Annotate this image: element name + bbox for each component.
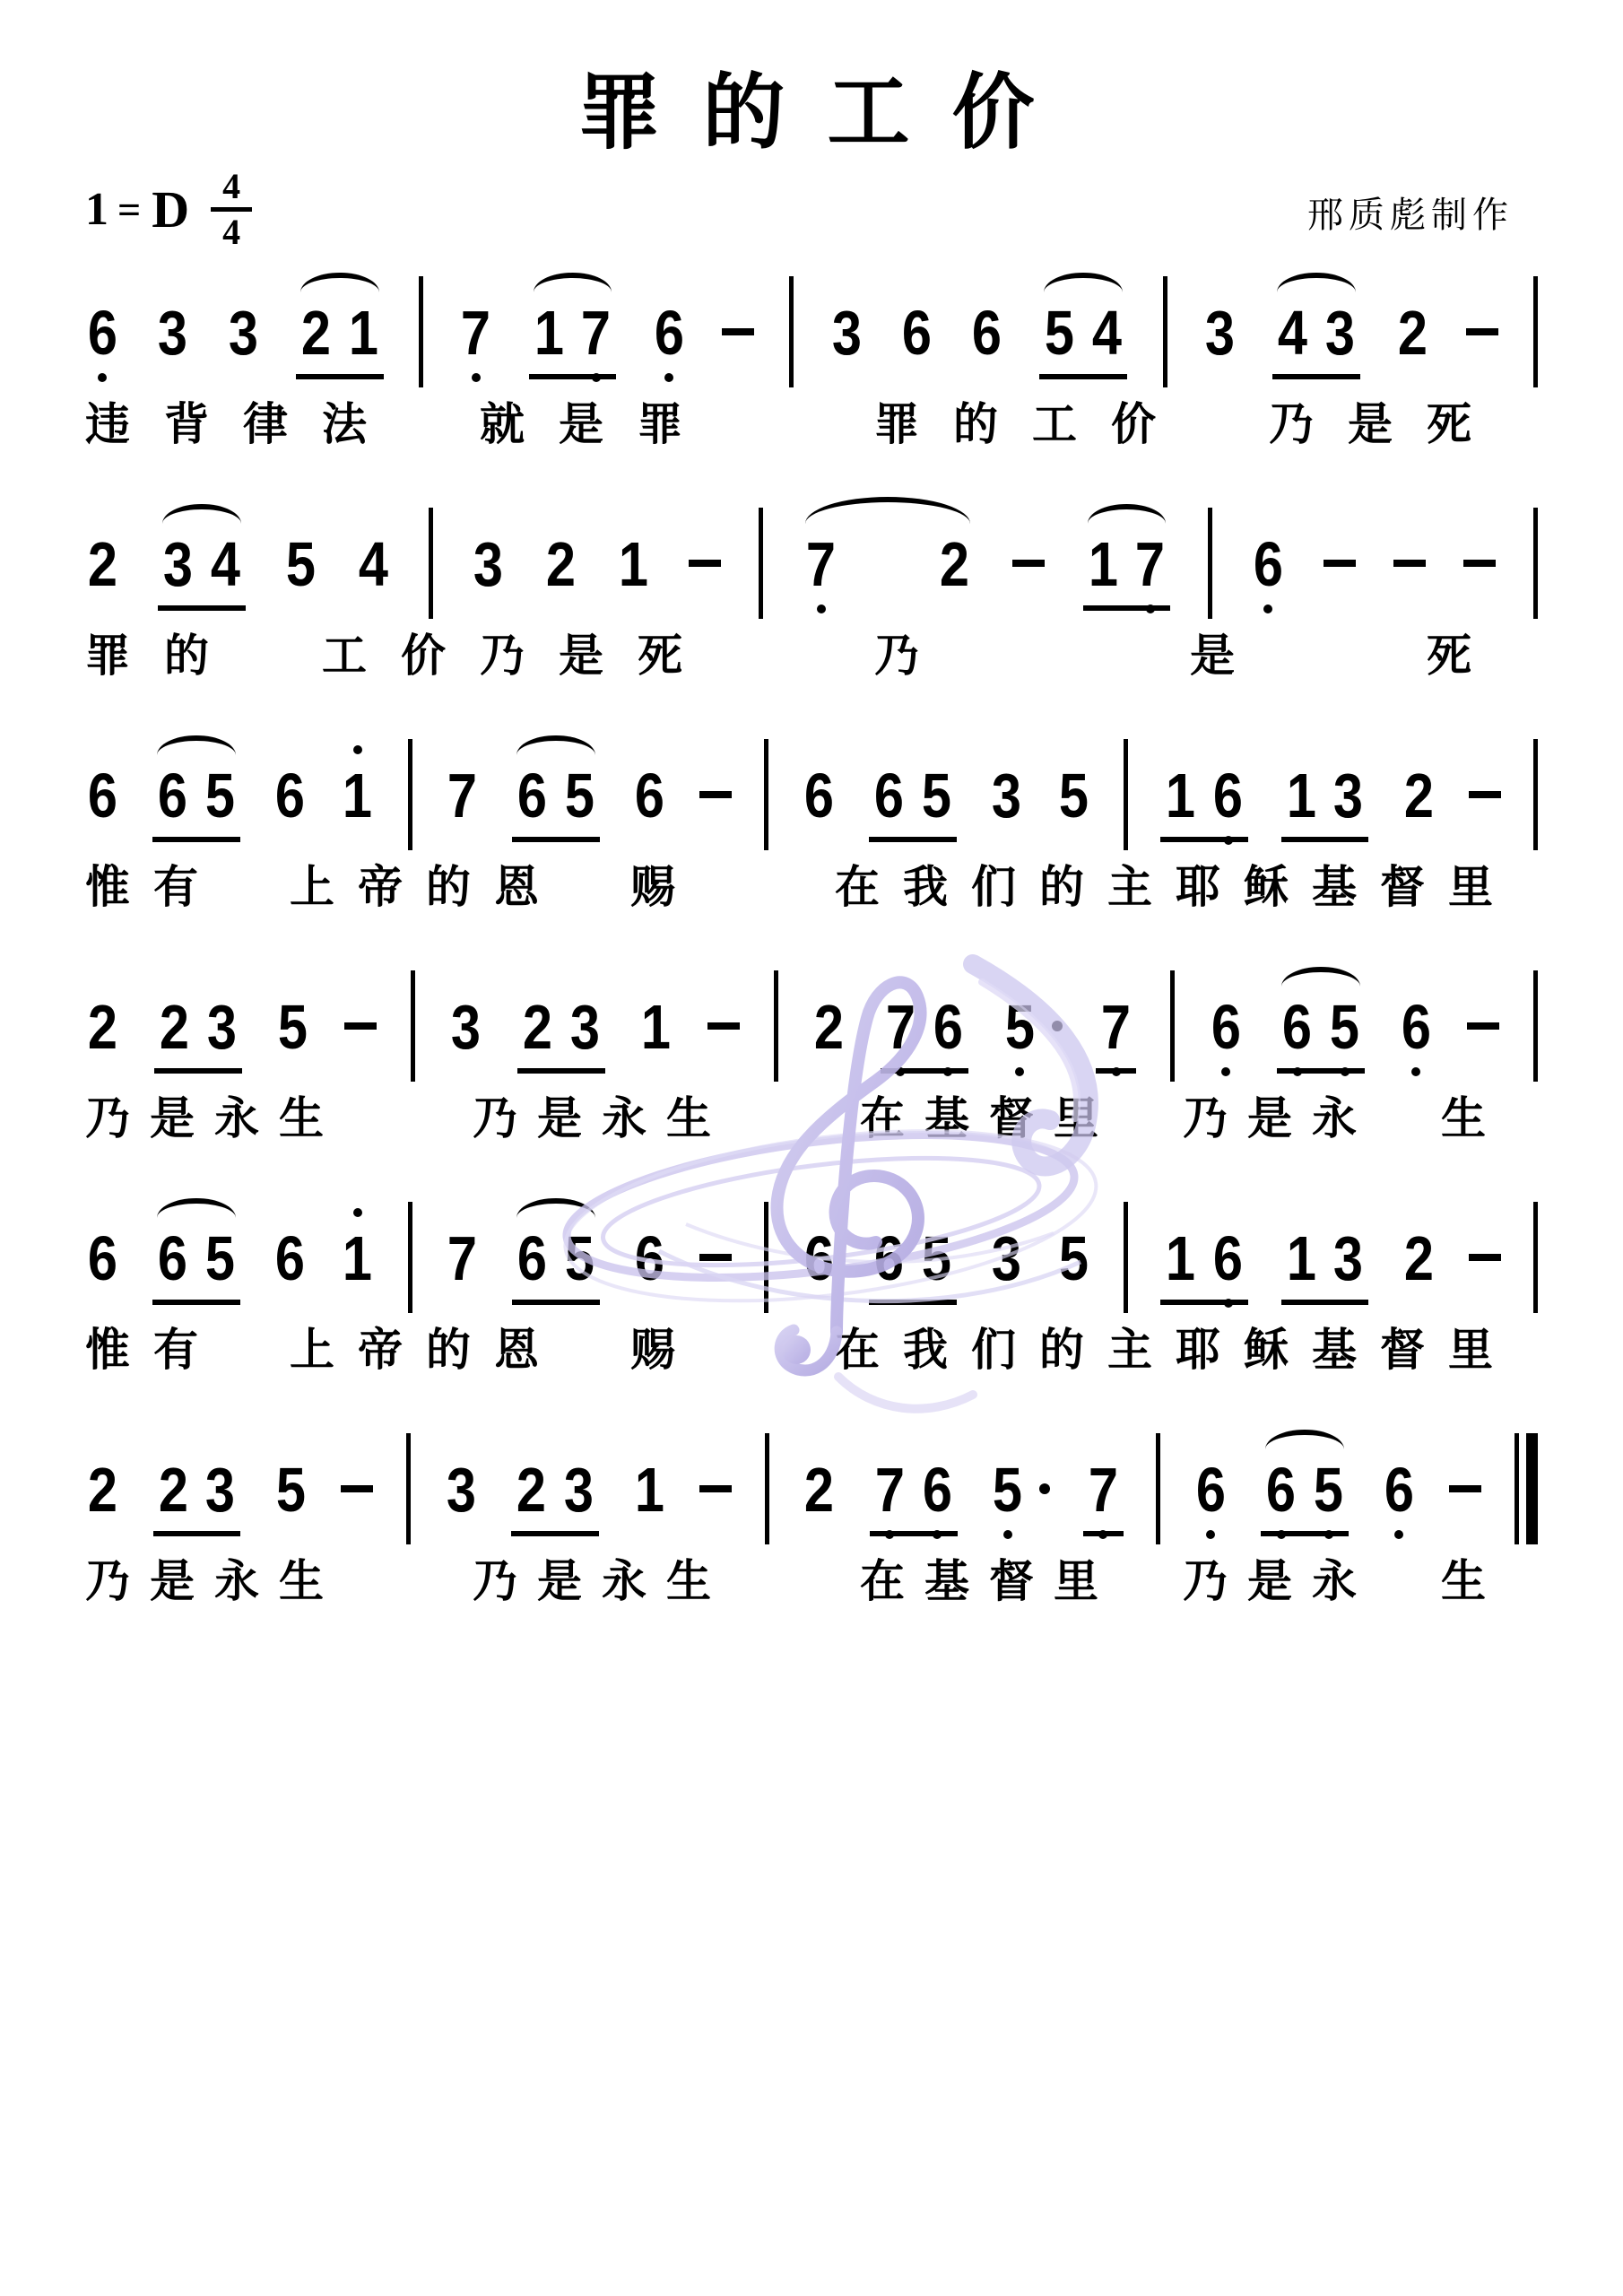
- note-digit: 6: [804, 1225, 834, 1291]
- sheet-music-page: 罪 的 工 价 1 = D 4 4 邢质彪制作 6332171763665434…: [0, 0, 1623, 2296]
- octave-dot-below-slot: [1277, 1523, 1286, 1553]
- octave-dot-below-slot: [1411, 1060, 1420, 1091]
- note-digit: 5: [276, 1457, 306, 1523]
- note: 2: [85, 1433, 120, 1553]
- barline: [764, 1202, 768, 1313]
- note: 6: [969, 276, 1004, 396]
- note: 5: [275, 970, 310, 1091]
- note: 7: [445, 739, 480, 859]
- beam-line: [153, 1531, 241, 1536]
- final-barline-thin: [1515, 1433, 1519, 1544]
- octave-dot: [1015, 1067, 1024, 1076]
- note: 2: [811, 970, 846, 1091]
- beam-line: [881, 1068, 968, 1074]
- barline: [408, 739, 412, 850]
- note: 2: [543, 508, 578, 628]
- note-digit: 5: [565, 762, 595, 829]
- barline: [1124, 1202, 1128, 1313]
- barline: [1533, 1202, 1538, 1313]
- note-group: 65: [1261, 1433, 1349, 1553]
- note-digit: 6: [517, 762, 547, 829]
- note-digit: 3: [1333, 1225, 1363, 1291]
- note-digit: 7: [581, 300, 611, 366]
- augmentation-dot: [1052, 1021, 1063, 1031]
- note-digit: 6: [158, 762, 187, 829]
- note-digit: 5: [1330, 994, 1359, 1060]
- barline: [429, 508, 433, 619]
- dash-bar: [1463, 560, 1496, 567]
- octave-dot-below-slot: [1015, 1060, 1024, 1091]
- octave-dot-below-slot: [1146, 597, 1155, 628]
- credit-text: 邢质彪制作: [1307, 187, 1514, 238]
- note-digit: 3: [992, 1225, 1021, 1291]
- note-digit: 7: [1089, 1457, 1118, 1523]
- barline: [411, 970, 415, 1082]
- note: 6: [1193, 1433, 1228, 1553]
- dash-bar: [1393, 560, 1426, 567]
- dash-note: [689, 508, 721, 619]
- dash-note: [1012, 508, 1045, 619]
- note-digit: 1: [1166, 762, 1195, 829]
- dash-bar: [722, 328, 754, 335]
- octave-dot: [1221, 1067, 1230, 1076]
- note-digit: 6: [88, 300, 117, 366]
- note-digit: 6: [1213, 762, 1243, 829]
- note-digit: 5: [1059, 762, 1089, 829]
- note-digit: 5: [205, 762, 235, 829]
- beam-line: [870, 1531, 958, 1536]
- octave-dot-below-slot: [1098, 1523, 1107, 1553]
- octave-dot-below-slot: [592, 366, 601, 396]
- beam-line: [154, 1068, 242, 1074]
- note-digit: 6: [1402, 994, 1431, 1060]
- octave-dot: [664, 373, 673, 382]
- beam-line: [1039, 374, 1127, 379]
- note-digit: 3: [163, 531, 193, 597]
- note: 6: [632, 1202, 667, 1322]
- note-digit: 1: [1286, 1225, 1315, 1291]
- augmentation-dot-wrap: [1052, 970, 1063, 1082]
- octave-dot-below-slot: [98, 366, 107, 396]
- note: 1: [340, 739, 375, 859]
- dash-note: [699, 1433, 732, 1544]
- note: 2: [1402, 1202, 1436, 1322]
- note: 5: [273, 1433, 308, 1553]
- key-note: D: [152, 179, 189, 239]
- octave-dot-below-slot: [1263, 597, 1272, 628]
- note-group: 23: [517, 970, 605, 1091]
- note-digit: 5: [922, 1225, 951, 1291]
- octave-dot-below-slot: [1394, 1523, 1403, 1553]
- note-digit: 6: [1211, 994, 1240, 1060]
- octave-dot-below-slot: [817, 597, 826, 628]
- note-digit: 3: [1205, 300, 1235, 366]
- note-digit: 5: [1045, 300, 1074, 366]
- note-digit: 3: [992, 762, 1021, 829]
- beam-line: [1160, 1300, 1248, 1305]
- note-digit: 6: [1384, 1457, 1414, 1523]
- dash-bar: [689, 560, 721, 567]
- note: 3: [226, 276, 261, 396]
- barline: [1163, 276, 1167, 387]
- note-digit: 7: [1135, 531, 1165, 597]
- lyric-line: 惟有 上帝的恩 赐 在我们的主耶稣基督里: [85, 861, 1538, 913]
- time-signature-denominator: 4: [222, 214, 240, 250]
- octave-dot: [1394, 1530, 1403, 1539]
- beam-line: [296, 374, 384, 379]
- dash-bar: [1012, 560, 1045, 567]
- note-digit: 2: [158, 1457, 187, 1523]
- note-digit: 3: [206, 994, 236, 1060]
- octave-dot: [353, 745, 362, 754]
- dotted-note: 5: [1002, 970, 1063, 1091]
- note: 6: [1209, 970, 1244, 1091]
- note-digit: 6: [275, 1225, 305, 1291]
- note-digit: 2: [804, 1457, 834, 1523]
- note-digit: 1: [635, 1457, 664, 1523]
- music-system-6: 22353231276576656乃是永生 乃是永生 在基督里 乃是永 生: [85, 1433, 1538, 1607]
- dash-bar: [1469, 791, 1501, 798]
- lyric-line: 罪的 工价乃是死 乃 是 死: [85, 630, 1538, 682]
- barline: [1156, 1433, 1160, 1544]
- note-group: 16: [1160, 739, 1248, 859]
- note-digit: 3: [564, 1457, 594, 1523]
- notes-row: 22353231276576656: [85, 970, 1538, 1082]
- beam-line: [1261, 1531, 1349, 1536]
- octave-dot-below-slot: [933, 1523, 942, 1553]
- note-digit: 2: [523, 994, 552, 1060]
- note-digit: 3: [1333, 762, 1363, 829]
- notes-row: 6656176566653516132: [85, 1202, 1538, 1313]
- note-group: 65: [512, 739, 600, 859]
- note: 5: [1056, 739, 1091, 859]
- note: 7: [458, 276, 493, 396]
- note-digit: 6: [902, 300, 932, 366]
- barline: [408, 1202, 412, 1313]
- dash-bar: [699, 1485, 732, 1492]
- note: 7: [803, 508, 838, 628]
- slur-arc: [805, 497, 970, 524]
- note-group: 17: [1083, 508, 1171, 628]
- note-group: 23: [154, 970, 242, 1091]
- note-digit: 4: [359, 531, 388, 597]
- note: 2: [1395, 276, 1430, 396]
- note-digit: 3: [451, 994, 481, 1060]
- octave-dot: [817, 604, 826, 613]
- beam-line: [158, 605, 246, 611]
- barline: [406, 1433, 411, 1544]
- octave-dot: [472, 373, 481, 382]
- barline: [1533, 276, 1538, 387]
- note-digit: 1: [1088, 531, 1117, 597]
- notes-row: 633217176366543432: [85, 276, 1538, 387]
- note: 6: [652, 276, 687, 396]
- note-digit: 6: [1282, 994, 1312, 1060]
- beam-line: [1083, 1531, 1124, 1536]
- octave-dot: [1263, 604, 1272, 613]
- note: 6: [1399, 970, 1434, 1091]
- note-group: 76: [870, 1433, 958, 1553]
- note-digit: 2: [88, 531, 117, 597]
- note-digit: 2: [1398, 300, 1428, 366]
- note-group: 13: [1281, 739, 1369, 859]
- octave-dot-below-slot: [1224, 1291, 1233, 1322]
- note: 6: [85, 276, 120, 396]
- time-signature: 4 4: [211, 169, 252, 250]
- note-digit: 5: [205, 1225, 235, 1291]
- note-digit: 5: [278, 994, 308, 1060]
- time-signature-numerator: 4: [222, 169, 240, 204]
- key-signature: 1 = D 4 4: [85, 169, 252, 250]
- note: 3: [829, 276, 864, 396]
- note-digit: 3: [473, 531, 503, 597]
- note: 1: [632, 1433, 667, 1553]
- augmentation-dot-wrap: [1039, 1433, 1050, 1544]
- note-digit: 6: [1253, 531, 1282, 597]
- music-systems: 633217176366543432违背律法 就是罪 罪的工价 乃是死23454…: [85, 276, 1538, 1665]
- octave-dot-below-slot: [885, 1523, 894, 1553]
- note-digit: 6: [1213, 1225, 1243, 1291]
- note-digit: 1: [1286, 762, 1315, 829]
- final-barline: [1515, 1433, 1538, 1544]
- note-digit: 6: [923, 1457, 952, 1523]
- dash-note: [1324, 508, 1356, 619]
- dash-note: [1466, 276, 1498, 387]
- note-group: 65: [1277, 970, 1365, 1091]
- note: 6: [273, 1202, 308, 1322]
- note: 6: [899, 276, 934, 396]
- dash-bar: [1449, 1485, 1481, 1492]
- note-digit: 6: [1266, 1457, 1296, 1523]
- note-digit: 3: [447, 1457, 476, 1523]
- note-digit: 3: [570, 994, 600, 1060]
- note: 6: [1251, 508, 1286, 628]
- note-digit: 6: [933, 994, 963, 1060]
- beam-line: [529, 374, 617, 379]
- note: 6: [273, 739, 308, 859]
- octave-dot-below-slot: [896, 1060, 905, 1091]
- note-digit: 1: [343, 1225, 372, 1291]
- beam-line: [511, 1531, 599, 1536]
- octave-dot-below-slot: [1221, 1060, 1230, 1091]
- beam-line: [869, 837, 957, 842]
- note-digit: 5: [1314, 1457, 1343, 1523]
- barline: [419, 276, 423, 387]
- note-group: 7: [1083, 1433, 1124, 1553]
- dash-note: [344, 970, 377, 1082]
- note: 5: [990, 1433, 1025, 1553]
- note-digit: 1: [349, 300, 378, 366]
- note-group: 65: [152, 739, 240, 859]
- lyric-line: 乃是永生 乃是永生 在基督里 乃是永 生: [85, 1555, 1538, 1607]
- note-group: 21: [296, 276, 384, 396]
- beam-line: [1160, 837, 1248, 842]
- dash-note: [707, 970, 740, 1082]
- note-digit: 6: [874, 762, 904, 829]
- note: 6: [632, 739, 667, 859]
- note-digit: 7: [447, 1225, 477, 1291]
- note: 6: [802, 739, 837, 859]
- beam-line: [1281, 1300, 1369, 1305]
- note-group: 65: [869, 1202, 957, 1322]
- note-group: 34: [158, 508, 246, 628]
- beam-line: [152, 1300, 240, 1305]
- note: 6: [85, 739, 120, 859]
- dash-bar: [699, 791, 732, 798]
- octave-dot: [98, 373, 107, 382]
- note-group: 54: [1039, 276, 1127, 396]
- note: 4: [356, 508, 391, 628]
- note-group: 43: [1272, 276, 1360, 396]
- barline: [1533, 508, 1538, 619]
- dash-note: [1463, 508, 1496, 619]
- barline: [765, 1433, 769, 1544]
- note-digit: 2: [88, 994, 117, 1060]
- dash-note: [1469, 739, 1501, 850]
- octave-dot-below-slot: [1324, 1523, 1333, 1553]
- note-digit: 6: [88, 1225, 117, 1291]
- note-digit: 2: [940, 531, 969, 597]
- note-digit: 7: [886, 994, 916, 1060]
- note-digit: 1: [343, 762, 372, 829]
- note: 3: [989, 1202, 1024, 1322]
- note: 2: [85, 508, 120, 628]
- beam-line: [869, 1300, 957, 1305]
- note-digit: 4: [1092, 300, 1122, 366]
- beam-line: [1083, 605, 1171, 611]
- dash-bar: [699, 1254, 732, 1261]
- note-digit: 6: [517, 1225, 547, 1291]
- note-digit: 3: [158, 300, 187, 366]
- octave-dot-above-slot: [353, 739, 362, 762]
- barline: [789, 276, 794, 387]
- lyric-line: 惟有 上帝的恩 赐 在我们的主耶稣基督里: [85, 1324, 1538, 1376]
- note: 3: [444, 1433, 479, 1553]
- note-digit: 7: [461, 300, 490, 366]
- note-group: 65: [152, 1202, 240, 1322]
- beam-line: [517, 1068, 605, 1074]
- dash-bar: [1469, 1254, 1501, 1261]
- note-digit: 2: [1404, 762, 1434, 829]
- barline: [774, 970, 778, 1082]
- key-prefix: 1: [85, 183, 108, 236]
- note-digit: 6: [1196, 1457, 1226, 1523]
- lyric-line: 乃是永生 乃是永生 在基督里 乃是永 生: [85, 1092, 1538, 1144]
- note-digit: 5: [922, 762, 951, 829]
- note-group: 16: [1160, 1202, 1248, 1322]
- song-title: 罪 的 工 价: [0, 47, 1623, 165]
- note: 3: [155, 276, 190, 396]
- notes-row: 2345432172176: [85, 508, 1538, 619]
- octave-dot-below-slot: [1206, 1523, 1215, 1553]
- octave-dot-below-slot: [1341, 1060, 1350, 1091]
- music-system-4: 22353231276576656乃是永生 乃是永生 在基督里 乃是永 生: [85, 970, 1538, 1144]
- note: 2: [802, 1433, 837, 1553]
- beam-line: [1096, 1068, 1136, 1074]
- dash-note: [1393, 508, 1426, 619]
- note-group: 72: [801, 508, 975, 628]
- barline: [759, 508, 763, 619]
- music-system-1: 633217176366543432违背律法 就是罪 罪的工价 乃是死: [85, 276, 1538, 450]
- dash-note: [1449, 1433, 1481, 1544]
- note-digit: 3: [228, 300, 257, 366]
- beam-line: [1277, 1068, 1365, 1074]
- note-digit: 1: [641, 994, 671, 1060]
- note: 2: [1402, 739, 1436, 859]
- note: 6: [85, 1202, 120, 1322]
- note: 6: [1382, 1433, 1417, 1553]
- barline: [1533, 739, 1538, 850]
- note-digit: 5: [565, 1225, 595, 1291]
- note-group: 7: [1096, 970, 1136, 1091]
- dotted-note: 5: [990, 1433, 1050, 1553]
- beam-line: [1272, 374, 1360, 379]
- note-digit: 3: [1325, 300, 1355, 366]
- dash-bar: [1467, 1022, 1499, 1030]
- equals-sign: =: [117, 186, 141, 233]
- dash-note: [1469, 1202, 1501, 1313]
- note-digit: 7: [1101, 994, 1131, 1060]
- note-group: 13: [1281, 1202, 1369, 1322]
- octave-dot-below-slot: [943, 1060, 952, 1091]
- note: 1: [616, 508, 651, 628]
- lyric-line: 违背律法 就是罪 罪的工价 乃是死: [85, 398, 1538, 450]
- dash-bar: [344, 1022, 377, 1030]
- final-barline-thick: [1526, 1433, 1538, 1544]
- note: 2: [937, 508, 972, 628]
- barline: [764, 739, 768, 850]
- barline: [1170, 970, 1175, 1082]
- octave-dot-below-slot: [664, 366, 673, 396]
- note-digit: 7: [806, 531, 836, 597]
- note-digit: 3: [205, 1457, 235, 1523]
- dash-note: [1467, 970, 1499, 1082]
- note-group: 17: [529, 276, 617, 396]
- music-system-5: 6656176566653516132惟有 上帝的恩 赐 在我们的主耶稣基督里: [85, 1202, 1538, 1376]
- barline: [1124, 739, 1128, 850]
- note-digit: 6: [88, 762, 117, 829]
- octave-dot: [1003, 1530, 1012, 1539]
- octave-dot-below-slot: [1112, 1060, 1121, 1091]
- note-digit: 4: [211, 531, 240, 597]
- music-system-3: 6656176566653516132惟有 上帝的恩 赐 在我们的主耶稣基督里: [85, 739, 1538, 913]
- notes-row: 6656176566653516132: [85, 739, 1538, 850]
- dash-note: [341, 1433, 373, 1544]
- note-digit: 6: [655, 300, 684, 366]
- note-digit: 2: [160, 994, 189, 1060]
- augmentation-dot: [1039, 1483, 1050, 1494]
- octave-dot-below-slot: [1224, 829, 1233, 859]
- dash-note: [699, 739, 732, 850]
- beam-line: [512, 1300, 600, 1305]
- note-digit: 6: [635, 762, 664, 829]
- dash-bar: [1324, 560, 1356, 567]
- dash-note: [722, 276, 754, 387]
- note: 3: [471, 508, 506, 628]
- note-digit: 6: [972, 300, 1002, 366]
- notes-row: 22353231276576656: [85, 1433, 1538, 1544]
- note-digit: 5: [1004, 994, 1034, 1060]
- note-digit: 1: [1166, 1225, 1195, 1291]
- octave-dot: [1411, 1067, 1420, 1076]
- note-digit: 2: [516, 1457, 546, 1523]
- octave-dot: [1206, 1530, 1215, 1539]
- note-digit: 2: [546, 531, 576, 597]
- music-system-2: 2345432172176罪的 工价乃是死 乃 是 死: [85, 508, 1538, 682]
- note-digit: 7: [447, 762, 477, 829]
- note-group: 76: [881, 970, 968, 1091]
- note: 5: [1056, 1202, 1091, 1322]
